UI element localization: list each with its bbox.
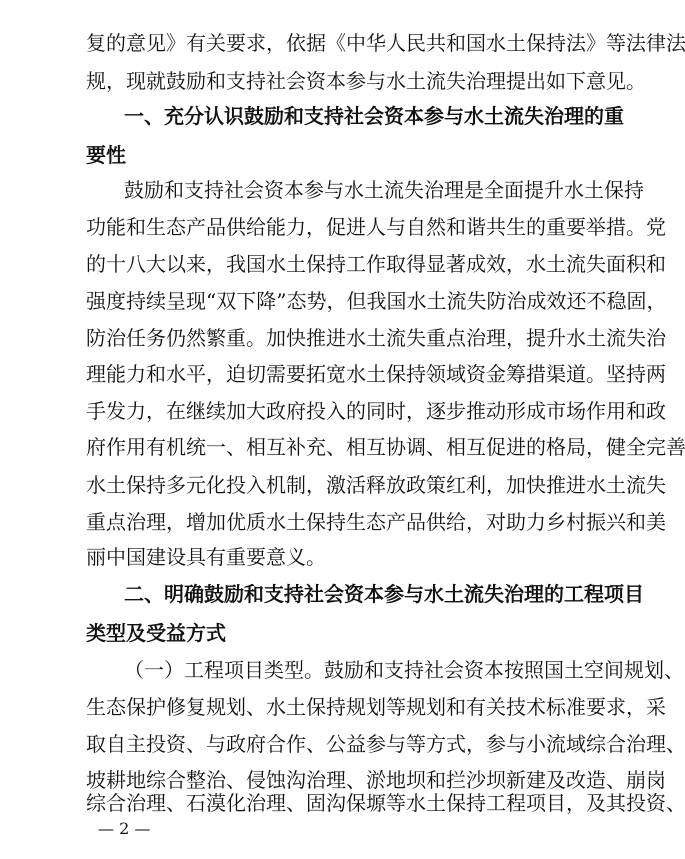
paragraph-line: 强度持续呈现“双下降”态势，但我国水土流失防治成效还不稳固， (86, 286, 622, 316)
paragraph-line: 的十八大以来，我国水土保持工作取得显著成效，水土流失面积和 (86, 249, 622, 279)
paragraph-line: 重点治理，增加优质水土保持生态产品供给，对助力乡村振兴和美 (86, 507, 622, 537)
paragraph-line: 规，现就鼓励和支持社会资本参与水土流失治理提出如下意见。 (86, 66, 622, 96)
section-heading: 类型及受益方式 (86, 618, 622, 648)
paragraph-line: 综合治理、石漠化治理、固沟保塬等水土保持工程项目，及其投资、 (86, 788, 622, 818)
paragraph-line: 复的意见》有关要求，依据《中华人民共和国水土保持法》等法律法 (86, 28, 622, 58)
paragraph-line: 理能力和水平，迫切需要拓宽水土保持领域资金筹措渠道。坚持两 (86, 359, 622, 389)
paragraph-line: 功能和生态产品供给能力，促进人与自然和谐共生的重要举措。党 (86, 212, 622, 242)
paragraph-line: 手发力，在继续加大政府投入的同时，逐步推动形成市场作用和政 (86, 396, 622, 426)
document-page: 复的意见》有关要求，依据《中华人民共和国水土保持法》等法律法 规，现就鼓励和支持… (0, 0, 685, 859)
paragraph-line: （一）工程项目类型。鼓励和支持社会资本按照国土空间规划、 (124, 655, 622, 685)
section-heading: 二、明确鼓励和支持社会资本参与水土流失治理的工程项目 (124, 579, 622, 609)
paragraph-line: 取自主投资、与政府合作、公益参与等方式，参与小流域综合治理、 (86, 729, 622, 759)
section-heading: 要性 (86, 140, 622, 170)
paragraph-line: 府作用有机统一、相互补充、相互协调、相互促进的格局，健全完善 (86, 432, 622, 462)
page-number: — 2 — (98, 818, 150, 840)
paragraph-line: 鼓励和支持社会资本参与水土流失治理是全面提升水土保持 (124, 175, 622, 205)
section-heading: 一、充分认识鼓励和支持社会资本参与水土流失治理的重 (124, 101, 622, 131)
paragraph-line: 水土保持多元化投入机制，激活释放政策红利，加快推进水土流失 (86, 470, 622, 500)
paragraph-line: 生态保护修复规划、水土保持规划等规划和有关技术标准要求，采 (86, 692, 622, 722)
paragraph-line: 防治任务仍然繁重。加快推进水土流失重点治理，提升水土流失治 (86, 323, 622, 353)
paragraph-line: 丽中国建设具有重要意义。 (86, 542, 622, 572)
